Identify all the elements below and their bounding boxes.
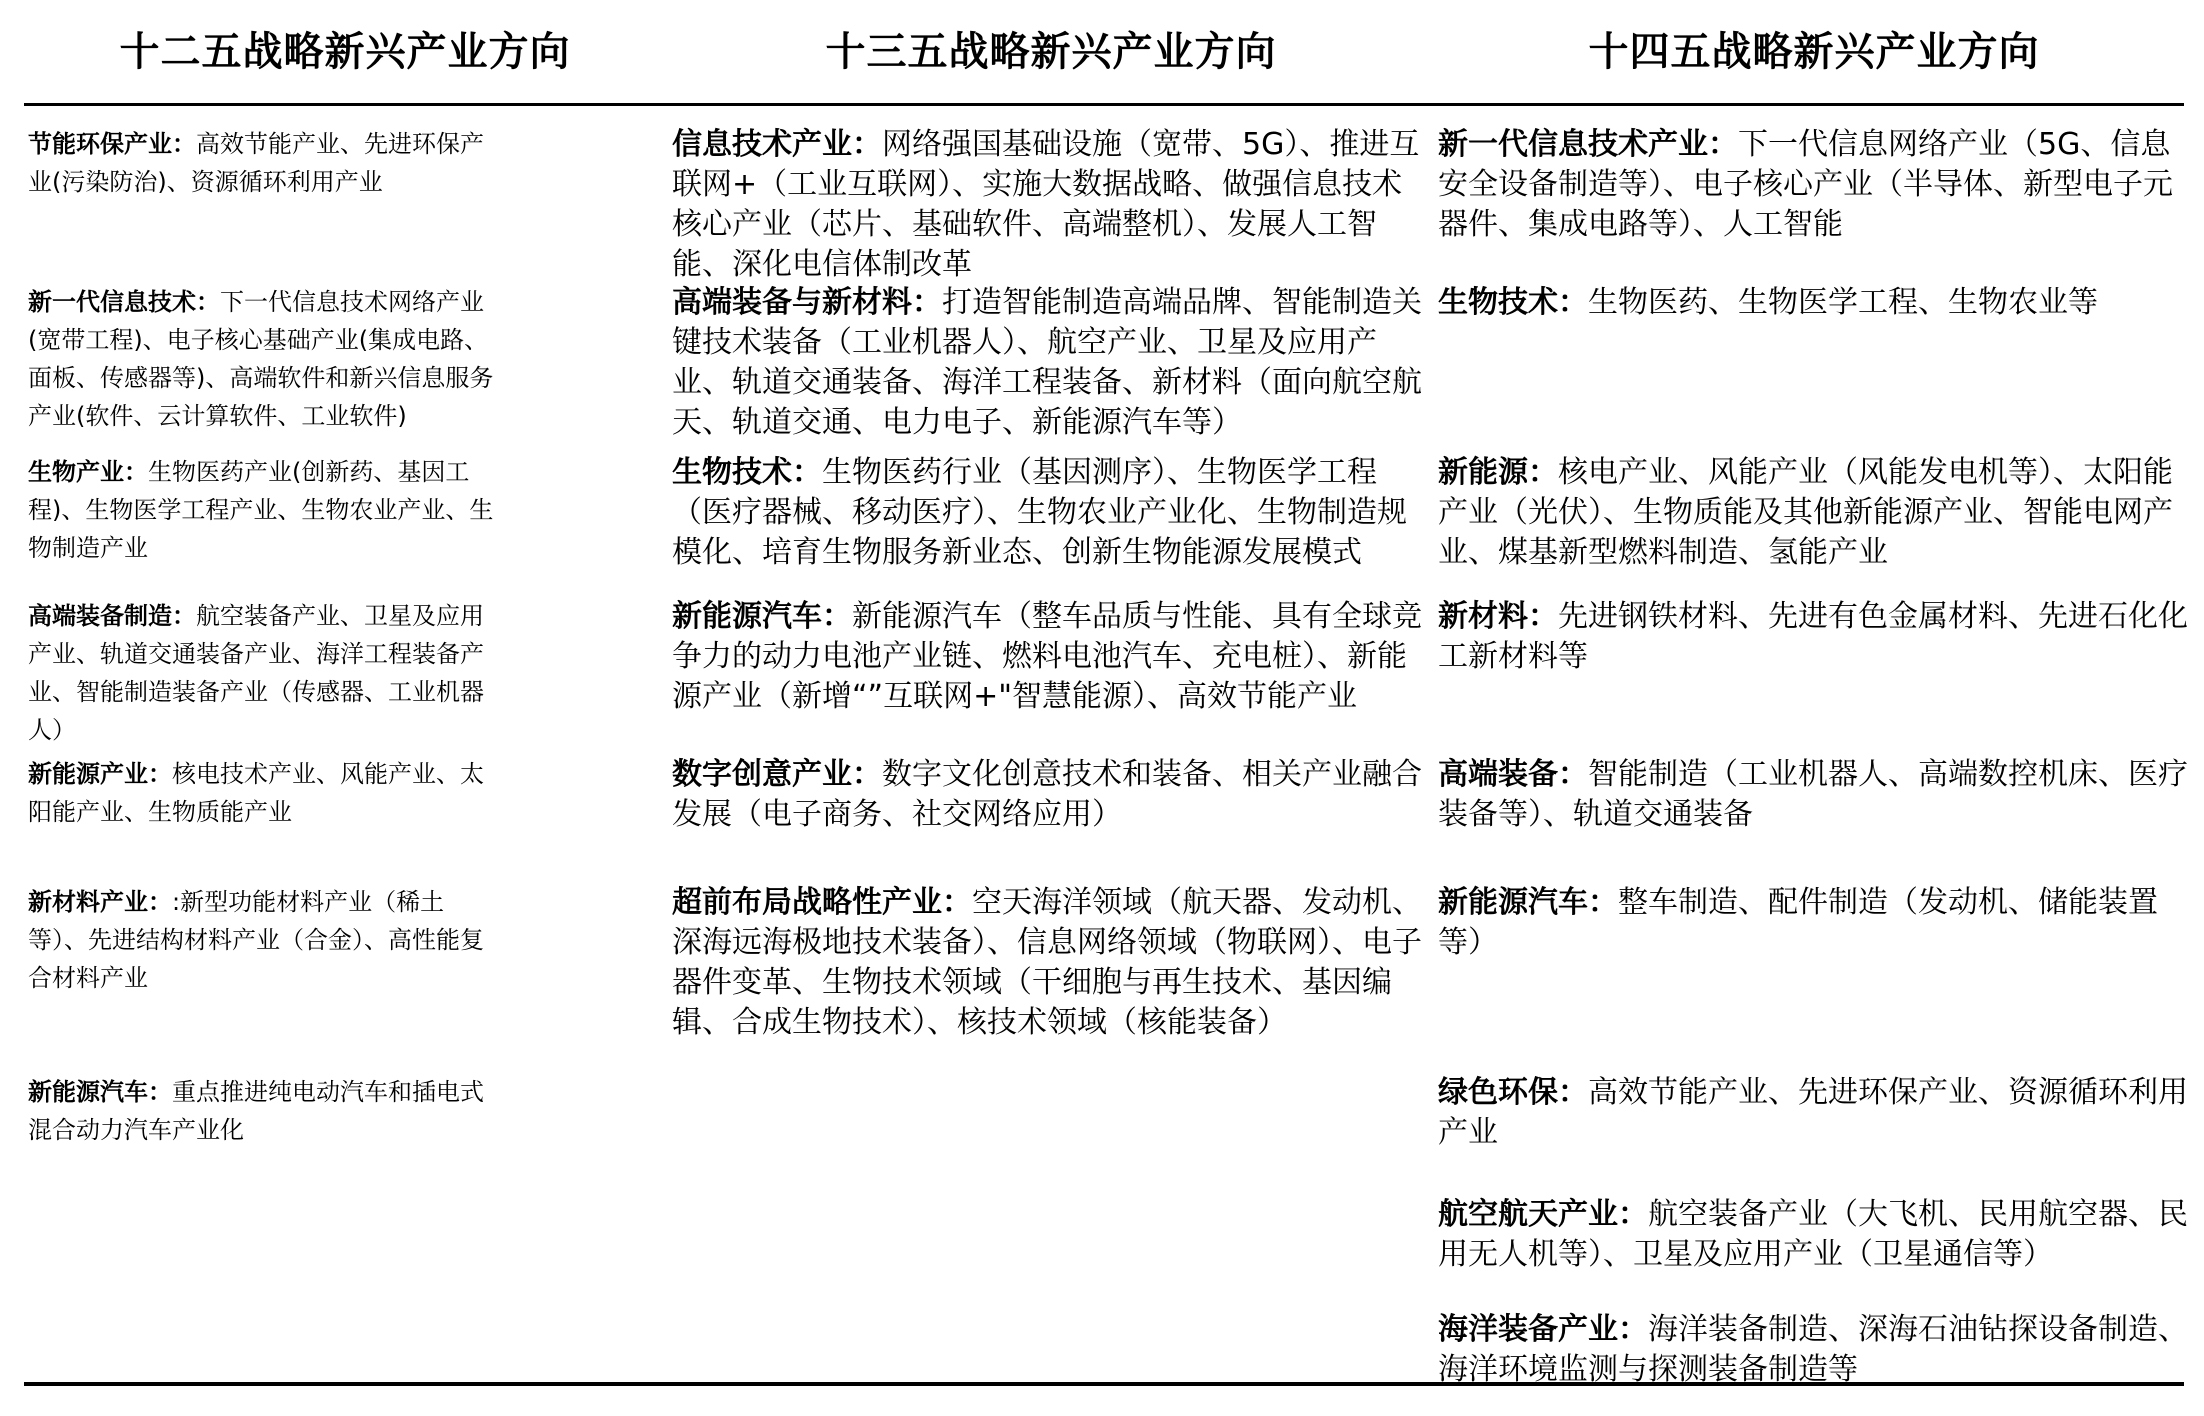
industry-entry-text: 新能源产业：核电技术产业、风能产业、太阳能产业、生物质能产业 <box>28 755 498 831</box>
industry-category-label: 生物技术： <box>672 455 822 490</box>
industry-entry: 新一代信息技术：下一代信息技术网络产业(宽带工程)、电子核心基础产业(集成电路、… <box>28 283 672 453</box>
industry-category-label: 高端装备制造： <box>28 602 196 630</box>
industry-entry-text: 新一代信息技术：下一代信息技术网络产业(宽带工程)、电子核心基础产业(集成电路、… <box>28 283 498 435</box>
industry-entry-text: 新材料产业：:新型功能材料产业（稀土等）、先进结构材料产业（合金）、高性能复合材… <box>28 883 498 997</box>
industry-entry-text: 海洋装备产业：海洋装备制造、深海石油钻探设备制造、海洋环境监测与探测装备制造等 <box>1438 1310 2190 1390</box>
top-divider-line <box>24 103 2184 106</box>
industry-entry-text: 新能源汽车：新能源汽车（整车品质与性能、具有全球竞争力的动力电池产业链、燃料电池… <box>672 597 1430 717</box>
industry-entry: 高端装备制造：航空装备产业、卫星及应用产业、轨道交通装备产业、海洋工程装备产业、… <box>28 597 672 755</box>
industry-entry-text: 数字创意产业：数字文化创意技术和装备、相关产业融合发展（电子商务、社交网络应用） <box>672 755 1430 835</box>
industry-category-label: 新材料： <box>1438 599 1558 634</box>
industry-entry-text: 新能源汽车：整车制造、配件制造（发动机、储能装置等） <box>1438 883 2190 963</box>
industry-entry: 超前布局战略性产业：空天海洋领域（航天器、发动机、深海远海极地技术装备）、信息网… <box>672 883 1438 1073</box>
industry-category-label: 新材料产业： <box>28 888 172 916</box>
industry-category-label: 高端装备： <box>1438 757 1588 792</box>
industry-entry-text: 绿色环保：高效节能产业、先进环保产业、资源循环利用产业 <box>1438 1073 2190 1153</box>
industry-entry: 新一代信息技术产业：下一代信息网络产业（5G、信息安全设备制造等）、电子核心产业… <box>1438 125 2190 283</box>
industry-entry: 数字创意产业：数字文化创意技术和装备、相关产业融合发展（电子商务、社交网络应用） <box>672 755 1438 883</box>
industry-category-label: 海洋装备产业： <box>1438 1312 1648 1347</box>
industry-category-label: 新能源汽车： <box>28 1078 172 1106</box>
industry-entry-text: 高端装备：智能制造（工业机器人、高端数控机床、医疗装备等）、轨道交通装备 <box>1438 755 2190 835</box>
industry-category-label: 高端装备与新材料： <box>672 285 942 320</box>
industry-entry: 新能源汽车：重点推进纯电动汽车和插电式混合动力汽车产业化 <box>28 1073 672 1195</box>
column-header-13th-five-year-plan: 十三五战略新兴产业方向 <box>672 20 1430 77</box>
industry-category-label: 新能源产业： <box>28 760 172 788</box>
industry-entry-text: 生物技术：生物医药行业（基因测序）、生物医学工程（医疗器械、移动医疗）、生物农业… <box>672 453 1430 573</box>
industry-entry: 绿色环保：高效节能产业、先进环保产业、资源循环利用产业 <box>1438 1073 2190 1195</box>
industry-entry-text: 新一代信息技术产业：下一代信息网络产业（5G、信息安全设备制造等）、电子核心产业… <box>1438 125 2190 245</box>
column-header-14th-five-year-plan: 十四五战略新兴产业方向 <box>1438 20 2190 77</box>
industry-category-label: 新一代信息技术： <box>28 288 220 316</box>
industry-entry: 生物技术：生物医药行业（基因测序）、生物医学工程（医疗器械、移动医疗）、生物农业… <box>672 453 1438 597</box>
industry-category-label: 生物产业： <box>28 458 148 486</box>
industry-entry: 生物产业：生物医药产业(创新药、基因工程)、生物医学工程产业、生物农业产业、生物… <box>28 453 672 597</box>
industry-category-label: 信息技术产业： <box>672 127 882 162</box>
bottom-divider-line <box>24 1382 2184 1386</box>
industry-entry: 新能源产业：核电技术产业、风能产业、太阳能产业、生物质能产业 <box>28 755 672 883</box>
industry-entry: 节能环保产业：高效节能产业、先进环保产业(污染防治)、资源循环利用产业 <box>28 125 672 283</box>
industry-category-label: 绿色环保： <box>1438 1075 1588 1110</box>
industry-entry: 信息技术产业：网络强国基础设施（宽带、5G）、推进互联网+（工业互联网）、实施大… <box>672 125 1438 283</box>
industry-entry: 生物技术：生物医药、生物医学工程、生物农业等 <box>1438 283 2190 453</box>
industry-entry-text: 高端装备制造：航空装备产业、卫星及应用产业、轨道交通装备产业、海洋工程装备产业、… <box>28 597 498 749</box>
industry-entry: 高端装备与新材料：打造智能制造高端品牌、智能制造关键技术装备（工业机器人）、航空… <box>672 283 1438 453</box>
industry-entry-text: 新材料：先进钢铁材料、先进有色金属材料、先进石化化工新材料等 <box>1438 597 2190 677</box>
industry-entry: 高端装备：智能制造（工业机器人、高端数控机床、医疗装备等）、轨道交通装备 <box>1438 755 2190 883</box>
industry-category-label: 新能源： <box>1438 455 1558 490</box>
industry-entry: 新材料：先进钢铁材料、先进有色金属材料、先进石化化工新材料等 <box>1438 597 2190 755</box>
industry-entry: 新能源汽车：新能源汽车（整车品质与性能、具有全球竞争力的动力电池产业链、燃料电池… <box>672 597 1438 755</box>
industry-entry-text: 新能源汽车：重点推进纯电动汽车和插电式混合动力汽车产业化 <box>28 1073 498 1149</box>
industry-entry: 航空航天产业：航空装备产业（大飞机、民用航空器、民用无人机等）、卫星及应用产业（… <box>1438 1195 2190 1310</box>
industry-entry-text: 信息技术产业：网络强国基础设施（宽带、5G）、推进互联网+（工业互联网）、实施大… <box>672 125 1430 285</box>
industry-entry: 新能源汽车：整车制造、配件制造（发动机、储能装置等） <box>1438 883 2190 1073</box>
industry-entry-text: 超前布局战略性产业：空天海洋领域（航天器、发动机、深海远海极地技术装备）、信息网… <box>672 883 1430 1043</box>
industry-category-label: 节能环保产业： <box>28 130 196 158</box>
industry-entry: 新能源：核电产业、风能产业（风能发电机等）、太阳能产业（光伏）、生物质能及其他新… <box>1438 453 2190 597</box>
industry-category-label: 超前布局战略性产业： <box>672 885 972 920</box>
industry-category-label: 生物技术： <box>1438 285 1588 320</box>
industry-entry-text: 航空航天产业：航空装备产业（大飞机、民用航空器、民用无人机等）、卫星及应用产业（… <box>1438 1195 2190 1275</box>
industry-entry-text: 节能环保产业：高效节能产业、先进环保产业(污染防治)、资源循环利用产业 <box>28 125 498 201</box>
industry-entry-text: 生物技术：生物医药、生物医学工程、生物农业等 <box>1438 283 2190 323</box>
industry-entry-text: 新能源：核电产业、风能产业（风能发电机等）、太阳能产业（光伏）、生物质能及其他新… <box>1438 453 2190 573</box>
industry-category-label: 新一代信息技术产业： <box>1438 127 1738 162</box>
industry-category-label: 数字创意产业： <box>672 757 882 792</box>
industry-entry: 新材料产业：:新型功能材料产业（稀土等）、先进结构材料产业（合金）、高性能复合材… <box>28 883 672 1073</box>
column-header-12th-five-year-plan: 十二五战略新兴产业方向 <box>25 20 665 77</box>
industries-grid: 节能环保产业：高效节能产业、先进环保产业(污染防治)、资源循环利用产业新一代信息… <box>28 125 2190 1396</box>
industry-entry-text: 高端装备与新材料：打造智能制造高端品牌、智能制造关键技术装备（工业机器人）、航空… <box>672 283 1430 443</box>
industry-category-label: 新能源汽车： <box>672 599 852 634</box>
industry-category-label: 航空航天产业： <box>1438 1197 1648 1232</box>
industry-category-label: 新能源汽车： <box>1438 885 1618 920</box>
industry-entry-text: 生物产业：生物医药产业(创新药、基因工程)、生物医学工程产业、生物农业产业、生物… <box>28 453 498 567</box>
